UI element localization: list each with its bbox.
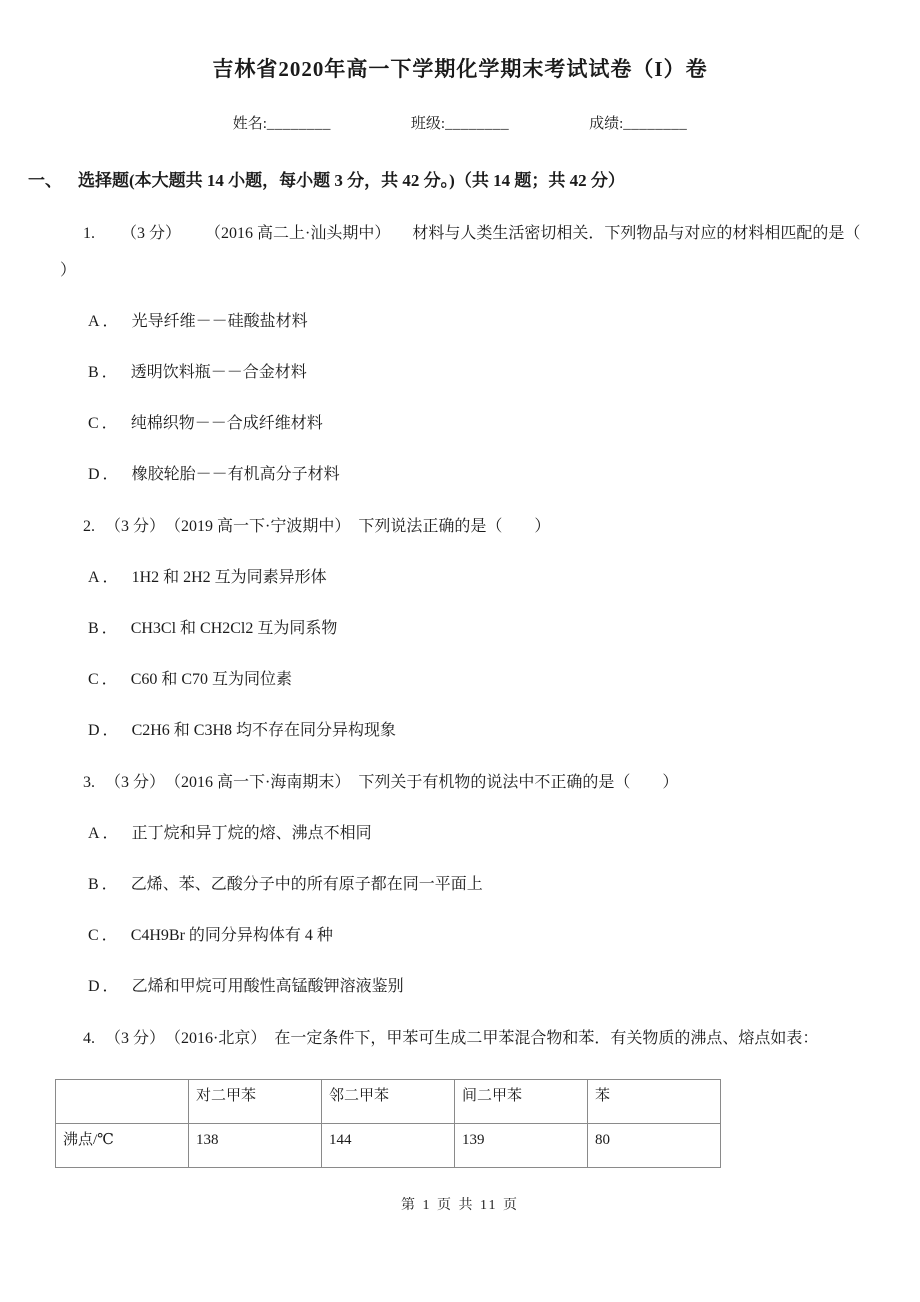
option-text: 乙烯、苯、乙酸分子中的所有原子都在同一平面上: [131, 876, 483, 893]
question-1-option-d: D．橡胶轮胎－－有机高分子材料: [0, 465, 920, 485]
score-blank: ________: [623, 116, 687, 132]
section-title: 选择题(本大题共 14 小题，每小题 3 分，共 42 分。)（共 14 题；共…: [78, 171, 625, 190]
question-2-option-d: D．C2H6 和 C3H8 均不存在同分异构现象: [0, 721, 920, 741]
name-field: 姓名:________: [233, 114, 331, 134]
section-heading: 一、选择题(本大题共 14 小题，每小题 3 分，共 42 分。)（共 14 题…: [0, 170, 920, 192]
option-label: C．: [88, 671, 121, 688]
question-1: 1.（3 分）（2016 高二上·汕头期中）材料与人类生活密切相关．下列物品与对…: [0, 224, 920, 281]
question-1-source: （2016 高二上·汕头期中）: [213, 225, 390, 242]
option-label: B．: [88, 620, 121, 637]
option-text: C60 和 C70 互为同位素: [131, 671, 292, 688]
option-label: C．: [88, 927, 121, 944]
question-2: 2.（3 分）（2019 高一下·宁波期中）下列说法正确的是（ ）: [0, 517, 920, 537]
class-field: 班级:________: [411, 114, 509, 134]
option-text: 透明饮料瓶－－合金材料: [131, 364, 307, 381]
table-cell: 138: [189, 1124, 322, 1168]
boiling-point-table: 对二甲苯 邻二甲苯 间二甲苯 苯 沸点/℃ 138 144 139 80: [55, 1079, 721, 1168]
option-label: A．: [88, 825, 122, 842]
option-label: C．: [88, 415, 121, 432]
question-2-number: 2.: [83, 518, 95, 535]
question-1-score: （3 分）: [121, 225, 181, 242]
table-row: 沸点/℃ 138 144 139 80: [56, 1124, 721, 1168]
question-3-source: （2016 高一下·海南期末）: [173, 774, 350, 791]
name-label: 姓名:: [233, 116, 267, 132]
table-cell: 80: [588, 1124, 721, 1168]
option-text: 1H2 和 2H2 互为同素异形体: [132, 569, 327, 586]
option-label: B．: [88, 876, 121, 893]
table-header-cell: [56, 1080, 189, 1124]
question-3-option-a: A．正丁烷和异丁烷的熔、沸点不相同: [0, 824, 920, 844]
question-2-option-a: A．1H2 和 2H2 互为同素异形体: [0, 568, 920, 588]
question-4-stem: 在一定条件下，甲苯可生成二甲苯混合物和苯．有关物质的沸点、熔点如表：: [274, 1030, 818, 1047]
question-3-option-c: C．C4H9Br 的同分异构体有 4 种: [0, 926, 920, 946]
question-4-score: （3 分）: [105, 1030, 165, 1047]
table-cell: 144: [322, 1124, 455, 1168]
option-label: A．: [88, 569, 122, 586]
question-1-option-a: A．光导纤维－－硅酸盐材料: [0, 312, 920, 332]
question-1-stem: 材料与人类生活密切相关．下列物品与对应的材料相匹配的是（: [412, 225, 860, 242]
table-cell: 139: [455, 1124, 588, 1168]
question-4-number: 4.: [83, 1030, 95, 1047]
question-2-option-b: B．CH3Cl 和 CH2Cl2 互为同系物: [0, 619, 920, 639]
page-title: 吉林省2020年高一下学期化学期末考试试卷（I）卷: [0, 54, 920, 84]
question-1-number: 1.: [83, 225, 95, 242]
question-3-number: 3.: [83, 774, 95, 791]
question-4: 4.（3 分）（2016·北京）在一定条件下，甲苯可生成二甲苯混合物和苯．有关物…: [0, 1029, 920, 1049]
option-text: 纯棉织物－－合成纤维材料: [131, 415, 323, 432]
table-header-cell: 苯: [588, 1080, 721, 1124]
class-blank: ________: [445, 116, 509, 132]
option-label: D．: [88, 722, 122, 739]
question-2-option-c: C．C60 和 C70 互为同位素: [0, 670, 920, 690]
table-header-row: 对二甲苯 邻二甲苯 间二甲苯 苯: [56, 1080, 721, 1124]
option-text: 乙烯和甲烷可用酸性高锰酸钾溶液鉴别: [132, 978, 404, 995]
question-3: 3.（3 分）（2016 高一下·海南期末）下列关于有机物的说法中不正确的是（ …: [0, 773, 920, 793]
question-2-source: （2019 高一下·宁波期中）: [173, 518, 350, 535]
section-number: 一、: [28, 171, 62, 190]
question-4-source: （2016·北京）: [173, 1030, 266, 1047]
table-header-cell: 对二甲苯: [189, 1080, 322, 1124]
question-1-stem-continuation: ）: [60, 261, 902, 281]
option-text: C4H9Br 的同分异构体有 4 种: [131, 927, 333, 944]
question-1-option-b: B．透明饮料瓶－－合金材料: [0, 363, 920, 383]
option-text: CH3Cl 和 CH2Cl2 互为同系物: [131, 620, 338, 637]
option-text: C2H6 和 C3H8 均不存在同分异构现象: [132, 722, 396, 739]
exam-page: 吉林省2020年高一下学期化学期末考试试卷（I）卷 姓名:________ 班级…: [0, 0, 920, 1302]
question-3-score: （3 分）: [105, 774, 165, 791]
option-label: D．: [88, 466, 122, 483]
question-3-option-b: B．乙烯、苯、乙酸分子中的所有原子都在同一平面上: [0, 875, 920, 895]
option-text: 正丁烷和异丁烷的熔、沸点不相同: [132, 825, 372, 842]
question-1-option-c: C．纯棉织物－－合成纤维材料: [0, 414, 920, 434]
header-fields: 姓名:________ 班级:________ 成绩:________: [0, 114, 920, 134]
table-header-cell: 间二甲苯: [455, 1080, 588, 1124]
option-text: 光导纤维－－硅酸盐材料: [132, 313, 308, 330]
option-text: 橡胶轮胎－－有机高分子材料: [132, 466, 340, 483]
score-field: 成绩:________: [589, 114, 687, 134]
table-row-label: 沸点/℃: [56, 1124, 189, 1168]
page-footer: 第 1 页 共 11 页: [0, 1194, 920, 1214]
class-label: 班级:: [411, 116, 445, 132]
question-2-stem: 下列说法正确的是（ ）: [358, 518, 550, 535]
name-blank: ________: [267, 116, 331, 132]
question-2-score: （3 分）: [105, 518, 165, 535]
question-3-stem: 下列关于有机物的说法中不正确的是（ ）: [358, 774, 678, 791]
score-label: 成绩:: [589, 116, 623, 132]
question-3-option-d: D．乙烯和甲烷可用酸性高锰酸钾溶液鉴别: [0, 977, 920, 997]
option-label: A．: [88, 313, 122, 330]
option-label: D．: [88, 978, 122, 995]
table-header-cell: 邻二甲苯: [322, 1080, 455, 1124]
option-label: B．: [88, 364, 121, 381]
